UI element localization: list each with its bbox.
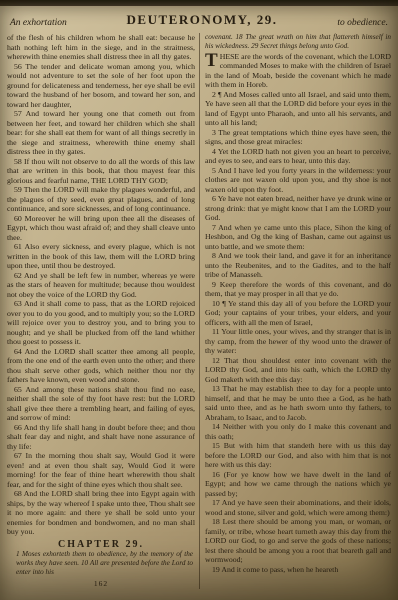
chapter-summary-continuation: covenant. 18 The great wrath on him that… (205, 33, 391, 51)
right-verse-list: 2 ¶ And Moses called unto all Israel, an… (205, 90, 391, 575)
bible-page: An exhortation DEUTERONOMY, 29. to obedi… (7, 8, 391, 600)
continuation-paragraph: of the flesh of his children whom he sha… (7, 33, 195, 62)
verse-paragraph: 66 And thy life shall hang in doubt befo… (7, 423, 195, 452)
verse-paragraph: 7 And when ye came unto this place, Siho… (205, 223, 391, 252)
verse-paragraph: 60 Moreover he will bring upon thee all … (7, 214, 195, 243)
verse-paragraph: 11 Your little ones, your wives, and thy… (205, 327, 391, 356)
left-column: of the flesh of his children whom he sha… (7, 33, 199, 589)
running-head-title: DEUTERONOMY, 29. (127, 12, 278, 28)
running-head-left: An exhortation (10, 18, 67, 28)
page-number: 162 (7, 579, 195, 589)
verse-paragraph: 2 ¶ And Moses called unto all Israel, an… (205, 90, 391, 128)
verse-1-paragraph: THESE are the words of the covenant, whi… (205, 52, 391, 90)
verse-paragraph: 68 And the LORD shall bring thee into Eg… (7, 489, 195, 537)
verse-paragraph: 61 Also every sickness, and every plague… (7, 242, 195, 271)
verse-paragraph: 64 And the LORD shall scatter thee among… (7, 347, 195, 385)
verse-paragraph: 5 And I have led you forty years in the … (205, 166, 391, 195)
verse-paragraph: 10 ¶ Ye stand this day all of you before… (205, 299, 391, 328)
verse-paragraph: 4 Yet the LORD hath not given you an hea… (205, 147, 391, 166)
photo-top-edge (0, 0, 398, 6)
text-columns: of the flesh of his children whom he sha… (7, 33, 391, 589)
verse-paragraph: 13 That he may establish thee to day for… (205, 384, 391, 422)
verse-paragraph: 16 (For ye know how we have dwelt in the… (205, 470, 391, 499)
verse-paragraph: 63 And it shall come to pass, that as th… (7, 299, 195, 347)
verse-1-text: HESE are the words of the covenant, whic… (205, 52, 391, 90)
verse-paragraph: 17 And ye have seen their abominations, … (205, 498, 391, 517)
verse-paragraph: 18 Lest there should be among you man, o… (205, 517, 391, 565)
verse-paragraph: 8 And we took their land, and gave it fo… (205, 251, 391, 280)
verse-paragraph: 59 Then the LORD will make thy plagues w… (7, 185, 195, 214)
running-head-right: to obedience. (337, 18, 388, 28)
verse-paragraph: 12 That thou shouldest enter into covena… (205, 356, 391, 385)
verse-paragraph: 14 Neither with you only do I make this … (205, 422, 391, 441)
verse-paragraph: 15 But with him that standeth here with … (205, 441, 391, 470)
verse-paragraph: 6 Ye have not eaten bread, neither have … (205, 194, 391, 223)
verse-paragraph: 19 And it come to pass, when he heareth (205, 565, 391, 575)
dropcap-letter: T (205, 52, 220, 69)
left-verse-list: 56 The tender and delicate woman among y… (7, 62, 195, 537)
verse-paragraph: 3 The great temptations which thine eyes… (205, 128, 391, 147)
verse-paragraph: 67 In the morning thou shalt say, Would … (7, 451, 195, 489)
verse-paragraph: 58 If thou wilt not observe to do all th… (7, 157, 195, 186)
verse-paragraph: 56 The tender and delicate woman among y… (7, 62, 195, 110)
verse-paragraph: 57 And toward her young one that cometh … (7, 109, 195, 157)
verse-paragraph: 62 And ye shall be left few in number, w… (7, 271, 195, 300)
verse-paragraph: 9 Keep therefore the words of this coven… (205, 280, 391, 299)
verse-paragraph: 65 And among these nations shalt thou fi… (7, 385, 195, 423)
chapter-summary: 1 Moses exhorteth them to obedience, by … (16, 550, 193, 576)
right-column: covenant. 18 The great wrath on him that… (199, 33, 391, 589)
running-head: An exhortation DEUTERONOMY, 29. to obedi… (7, 8, 391, 30)
chapter-heading: CHAPTER 29. (7, 540, 195, 550)
scanned-page-photo: An exhortation DEUTERONOMY, 29. to obedi… (0, 0, 398, 600)
